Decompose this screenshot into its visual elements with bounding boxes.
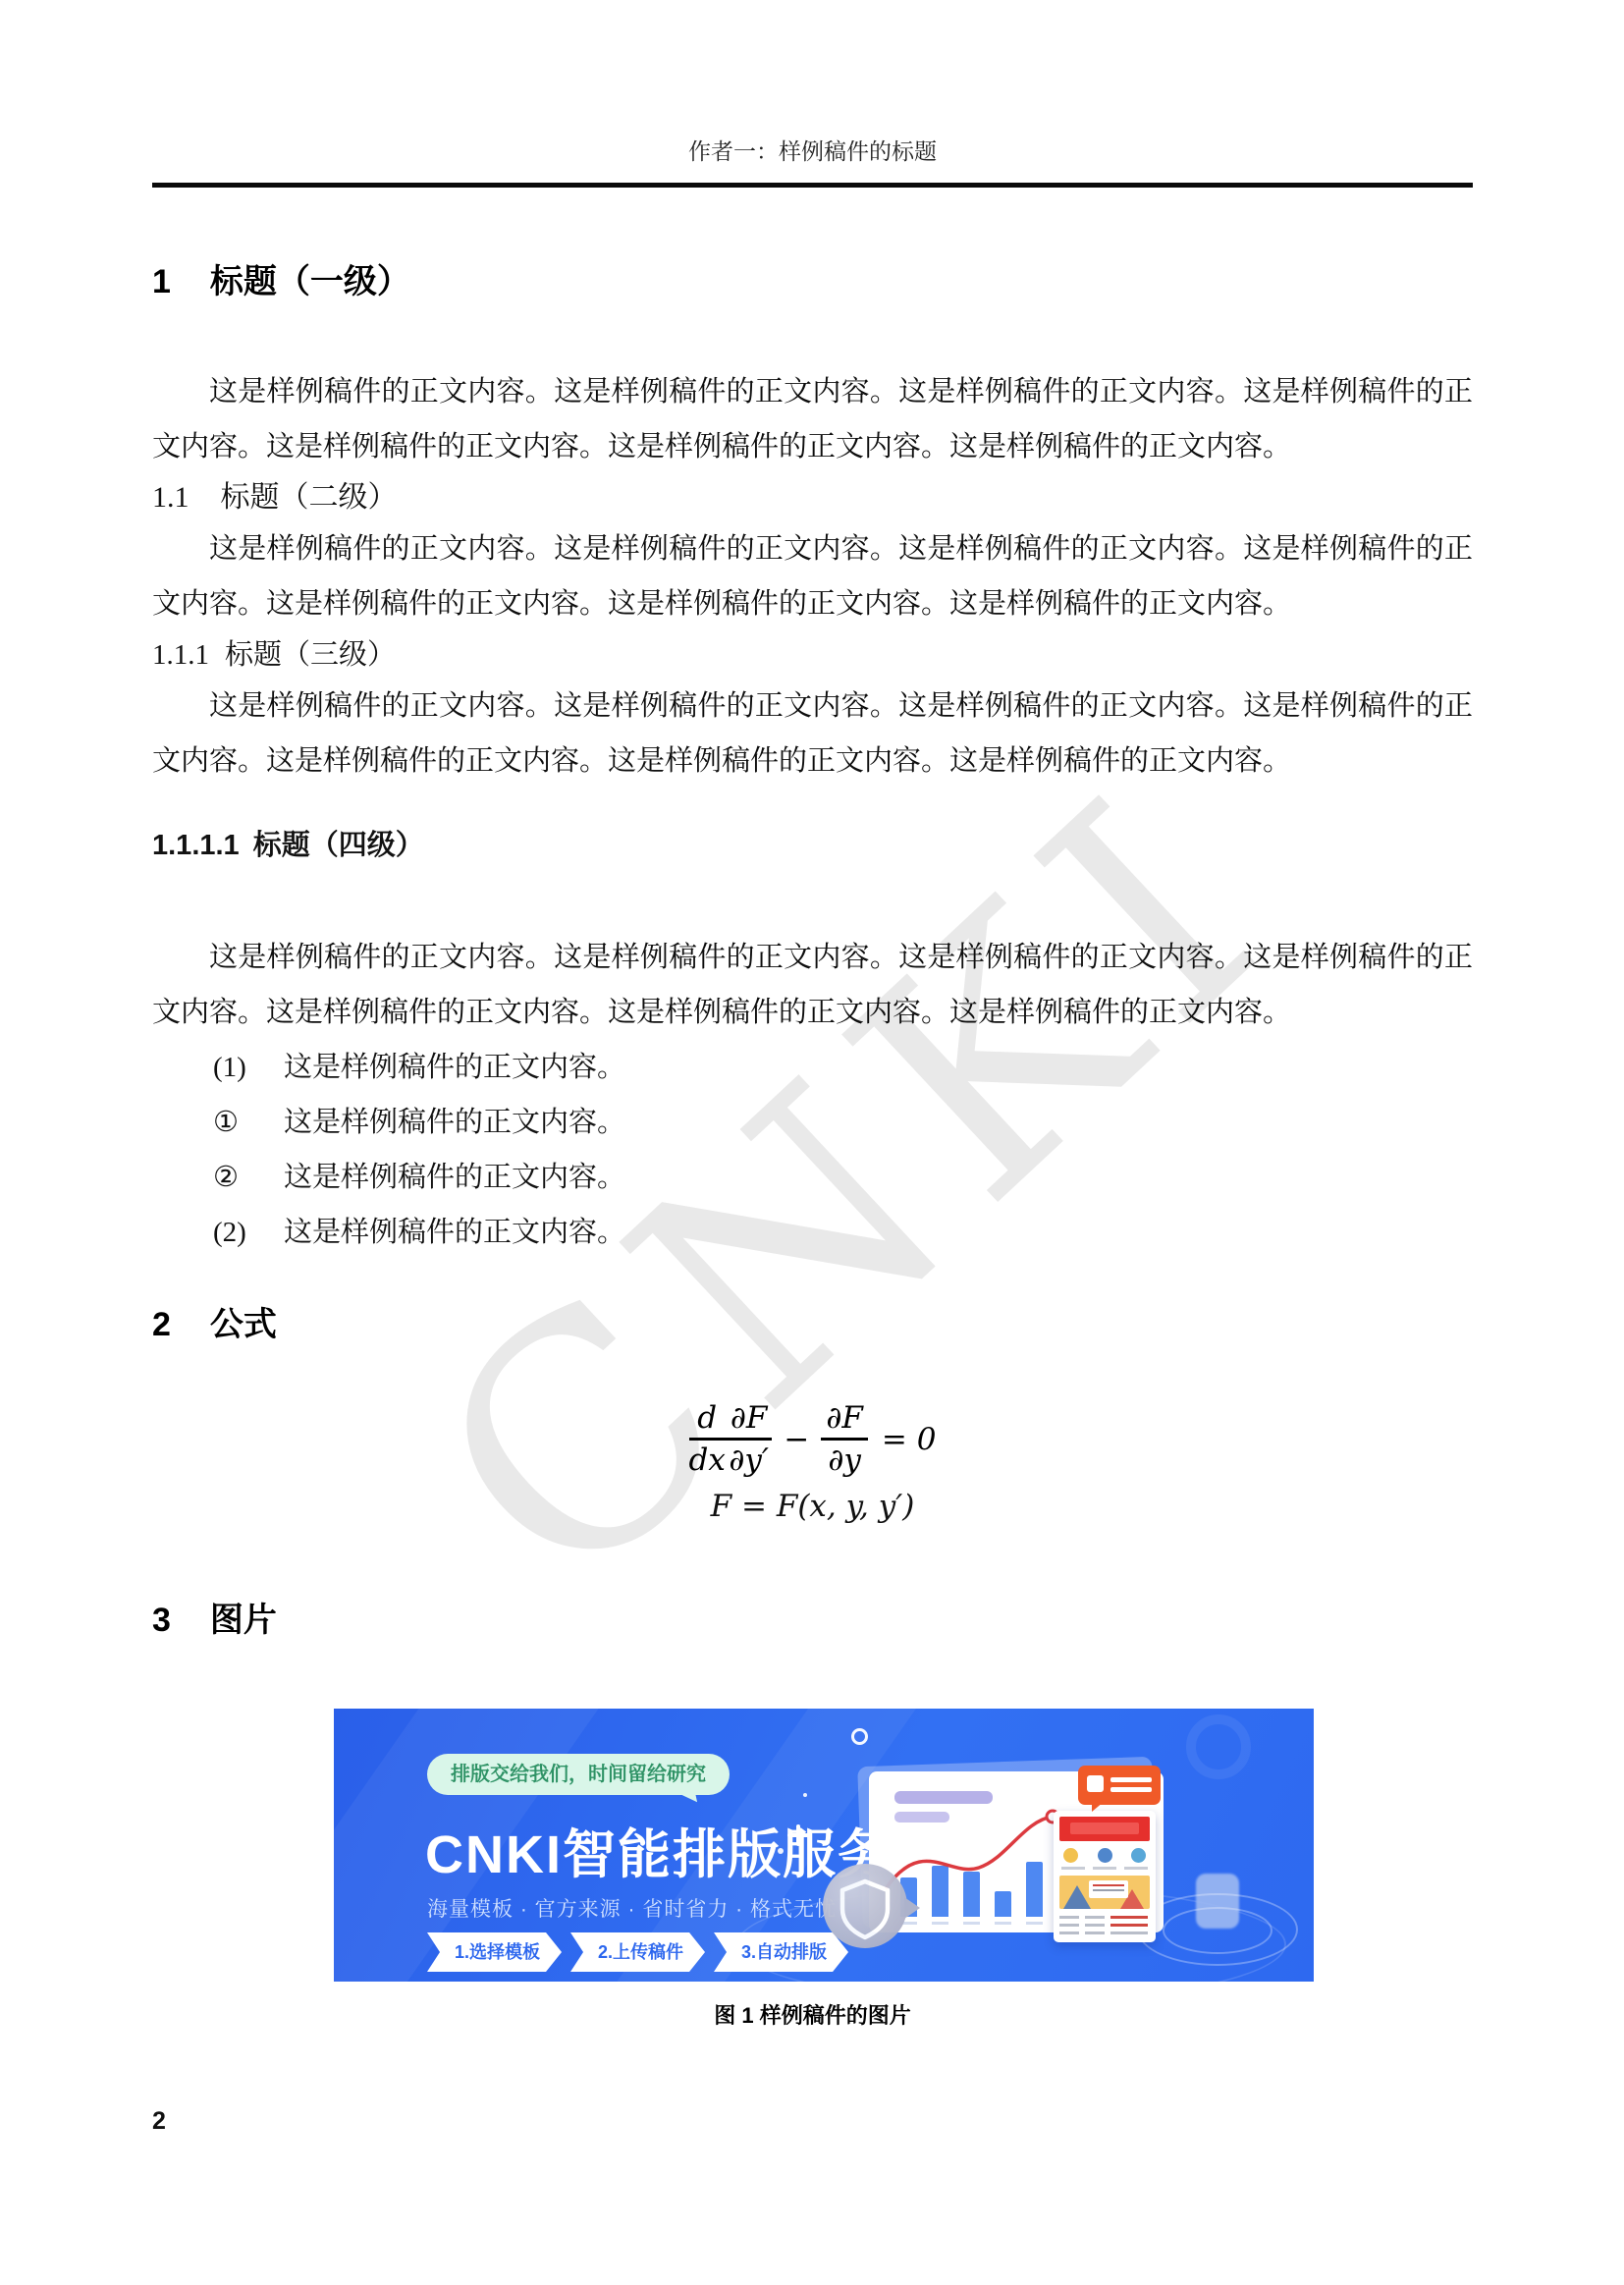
list-text: 这是样例稿件的正文内容。 [284,1162,625,1193]
gray-lines [1059,1916,1079,1939]
figure-caption: 图 1 样例稿件的图片 [152,2001,1473,2031]
body-paragraph: 这是样例稿件的正文内容。这是样例稿件的正文内容。这是样例稿件的正文内容。这是样例… [152,679,1473,789]
dot-decoration [803,1793,807,1797]
fraction-denominator: ∂y [821,1441,868,1477]
list-item: ①这是样例稿件的正文内容。 [152,1095,1473,1150]
triangle-chart-blue [1063,1885,1091,1909]
fraction: ∂F ∂y′ [726,1401,773,1477]
euler-lagrange-equation: d dx ∂F ∂y′ − ∂F ∂y = 0 [152,1401,1473,1477]
notification-line [1110,1777,1152,1782]
list-text: 这是样例稿件的正文内容。 [284,1217,625,1248]
fraction-numerator: d [689,1401,726,1441]
body-paragraph: 这是样例稿件的正文内容。这是样例稿件的正文内容。这是样例稿件的正文内容。这是样例… [152,364,1473,474]
red-lines [1110,1916,1148,1939]
circle-yellow [1063,1848,1078,1863]
notification-line [1110,1787,1152,1792]
equation-rhs: = 0 [882,1422,937,1457]
heading-level1: 1标题（一级） [152,262,1473,301]
heading-title: 标题（四级） [253,830,424,861]
document-header-block [1059,1817,1150,1841]
minus-operator: − [784,1422,809,1457]
numbered-list: (1)这是样例稿件的正文内容。 ①这是样例稿件的正文内容。 ②这是样例稿件的正文… [152,1040,1473,1260]
faint-gear-decoration [1186,1714,1251,1779]
document-text-lines [1059,1863,1150,1870]
fraction-denominator: dx [689,1441,726,1477]
document-circle-row [1059,1841,1150,1863]
list-marker: ① [213,1095,284,1150]
sparkle-icon [787,1824,809,1846]
list-item: ②这是样例稿件的正文内容。 [152,1150,1473,1205]
document-footer-lines [1059,1909,1150,1939]
list-item: (1)这是样例稿件的正文内容。 [152,1040,1473,1095]
document-page: CNKI 作者一：样例稿件的标题 1标题（一级） 这是样例稿件的正文内容。这是样… [0,0,1624,2285]
fraction-denominator: ∂y′ [726,1441,773,1477]
heading-title: 公式 [210,1306,277,1343]
heading-level2: 1.1标题（二级） [152,474,1473,521]
notification-icon [1087,1775,1104,1792]
cnki-banner-image: 排版交给我们，时间留给研究 CNKI智能排版服务 海量模板 · 官方来源 · 省… [334,1709,1314,1982]
header-rule [152,183,1473,188]
circle-outline-decoration [851,1728,868,1745]
list-marker: ② [213,1150,284,1205]
ripple-ring [1163,1907,1272,1954]
document-chart-band [1059,1876,1150,1909]
circle-blue [1131,1848,1146,1863]
gray-lines [1085,1916,1105,1939]
list-marker: (2) [213,1205,284,1260]
running-head: 作者一：样例稿件的标题 [152,0,1473,167]
shield-icon [823,1864,907,1948]
heading-number: 1.1.1 [152,639,209,671]
heading-number: 1.1 [152,481,189,514]
heading-number: 2 [152,1306,171,1343]
chart-note [1089,1880,1128,1898]
document-preview-card [1054,1811,1156,1942]
page-number: 2 [152,2107,166,2136]
list-marker: (1) [213,1040,284,1095]
heading-number: 1 [152,263,171,300]
circle-blue [1098,1848,1112,1863]
banner-speech-bubble: 排版交给我们，时间留给研究 [427,1754,730,1795]
fraction-numerator: ∂F [726,1401,773,1441]
list-text: 这是样例稿件的正文内容。 [284,1052,625,1083]
fraction: d dx [689,1401,726,1477]
heading-level4: 1.1.1.1标题（四级） [152,824,1473,867]
fraction-numerator: ∂F [821,1401,868,1441]
heading-title: 标题（三级） [225,639,396,671]
notification-card [1078,1766,1161,1805]
heading-title: 标题（二级） [221,481,398,514]
fraction: ∂F ∂y [821,1401,868,1477]
body-paragraph: 这是样例稿件的正文内容。这是样例稿件的正文内容。这是样例稿件的正文内容。这是样例… [152,930,1473,1040]
heading-title: 图片 [210,1602,277,1639]
heading-image-section: 3图片 [152,1601,1473,1640]
heading-number: 1.1.1.1 [152,830,240,861]
content-column: 作者一：样例稿件的标题 1标题（一级） 这是样例稿件的正文内容。这是样例稿件的正… [152,0,1473,2031]
dot-decoration [778,1848,784,1854]
function-definition-equation: F = F(x, y, y′) [152,1487,1473,1526]
shield-badge [823,1864,907,1948]
equation-block: d dx ∂F ∂y′ − ∂F ∂y = 0 F = F(x, y, y′) [152,1401,1473,1526]
step-choose-template: 1.选择模板 [427,1932,562,1972]
heading-number: 3 [152,1602,171,1639]
list-item: (2)这是样例稿件的正文内容。 [152,1205,1473,1260]
body-paragraph: 这是样例稿件的正文内容。这是样例稿件的正文内容。这是样例稿件的正文内容。这是样例… [152,521,1473,631]
heading-level3: 1.1.1标题（三级） [152,631,1473,679]
heading-formula-section: 2公式 [152,1305,1473,1344]
step-upload-manuscript: 2.上传稿件 [570,1932,705,1972]
list-text: 这是样例稿件的正文内容。 [284,1107,625,1138]
heading-title: 标题（一级） [210,263,410,300]
